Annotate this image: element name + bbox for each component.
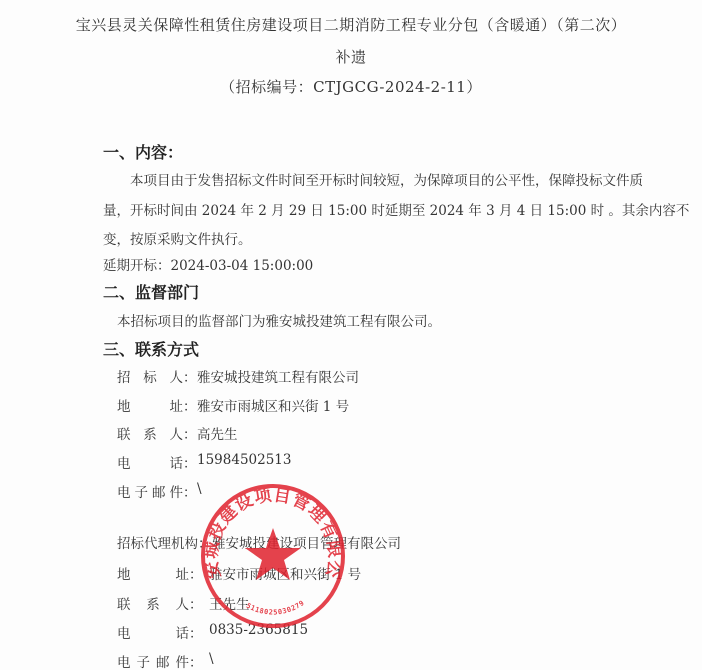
field-label: 地址 xyxy=(117,395,183,415)
agent-email-row: 电子邮件：\ xyxy=(117,651,214,670)
field-value: 15984502513 xyxy=(197,452,291,472)
field-value: 雅安城投建筑工程有限公司 xyxy=(197,366,359,386)
tenderer-email-row: 电子邮件：\ xyxy=(117,481,202,501)
tenderer-contact-row: 联系人：高先生 xyxy=(117,423,238,443)
field-label: 电话 xyxy=(117,622,189,642)
field-label: 联系人 xyxy=(117,423,183,443)
section-heading-contact: 三、联系方式 xyxy=(103,337,199,360)
bid-number: （招标编号：CTJGCG-2024-2-11） xyxy=(0,76,702,97)
tenderer-address-row: 地址：雅安市雨城区和兴街 1 号 xyxy=(117,395,349,415)
field-label: 联系人 xyxy=(117,593,189,613)
extended-opening-time: 延期开标：2024-03-04 15:00:00 xyxy=(103,254,313,274)
field-label: 电子邮件 xyxy=(117,651,189,670)
paragraph-line: 变，按原采购文件执行。 xyxy=(103,228,597,248)
field-label: 招标代理机构 xyxy=(117,532,198,552)
field-label: 地址 xyxy=(117,563,189,583)
section-heading-supervision: 二、监督部门 xyxy=(103,280,199,303)
field-value: \ xyxy=(209,651,214,670)
field-label: 电子邮件 xyxy=(117,481,183,501)
field-value: 雅安市雨城区和兴街 1 号 xyxy=(197,395,349,415)
document-subtitle: 补遗 xyxy=(0,46,702,67)
svg-text:5118025030279: 5118025030279 xyxy=(245,599,306,617)
document-title: 宝兴县灵关保障性租赁住房建设项目二期消防工程专业分包（含暖通）（第二次） xyxy=(0,14,702,35)
document-page: 宝兴县灵关保障性租赁住房建设项目二期消防工程专业分包（含暖通）（第二次） 补遗 … xyxy=(0,0,702,670)
field-value: 高先生 xyxy=(197,423,238,443)
official-seal-stamp-icon: 雅安城投建设项目管理有限公司 5118025030279 xyxy=(200,483,346,629)
field-label: 招标人 xyxy=(117,366,183,386)
paragraph-line: 本项目由于发售招标文件时间至开标时间较短，为保障项目的公平性，保障投标文件质 xyxy=(103,169,597,189)
tenderer-phone-row: 电话：15984502513 xyxy=(117,452,291,472)
tenderer-name-row: 招标人：雅安城投建筑工程有限公司 xyxy=(117,366,359,386)
field-label: 电话 xyxy=(117,452,183,472)
supervision-text: 本招标项目的监督部门为雅安城投建筑工程有限公司。 xyxy=(117,310,441,330)
paragraph-line: 量，开标时间由 2024 年 2 月 29 日 15:00 时延期至 2024 … xyxy=(103,199,597,219)
section-heading-content: 一、内容： xyxy=(103,140,183,163)
